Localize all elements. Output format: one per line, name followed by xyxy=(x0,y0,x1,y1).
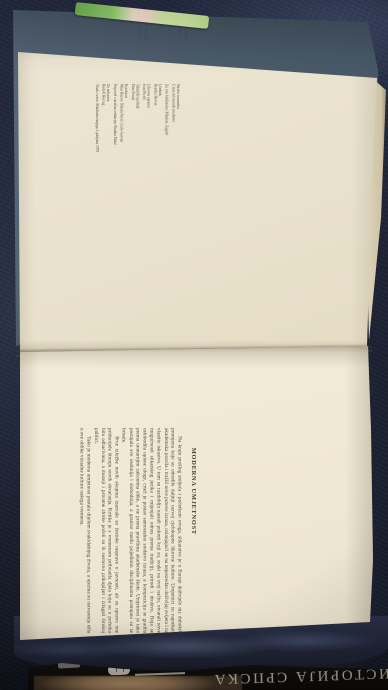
photo-of-open-book: ili ilili ilihilil iliili ii Naslov izvo… xyxy=(0,0,388,690)
cover-title-emboss: ili ilili ilihilil iliili ii xyxy=(40,26,190,58)
chapter-text-block: MODERNA UMJETNOST Na kraju prošlog stolj… xyxy=(56,428,197,633)
chapter-paragraphs: Na kraju prošlog stoljeća i početkom ovo… xyxy=(78,428,183,633)
colophon-text: Naslov izvornikaL'arte nel mondo moderno… xyxy=(98,84,180,180)
left-page-colophon xyxy=(16,50,388,354)
chapter-heading: MODERNA UMJETNOST xyxy=(190,448,197,633)
